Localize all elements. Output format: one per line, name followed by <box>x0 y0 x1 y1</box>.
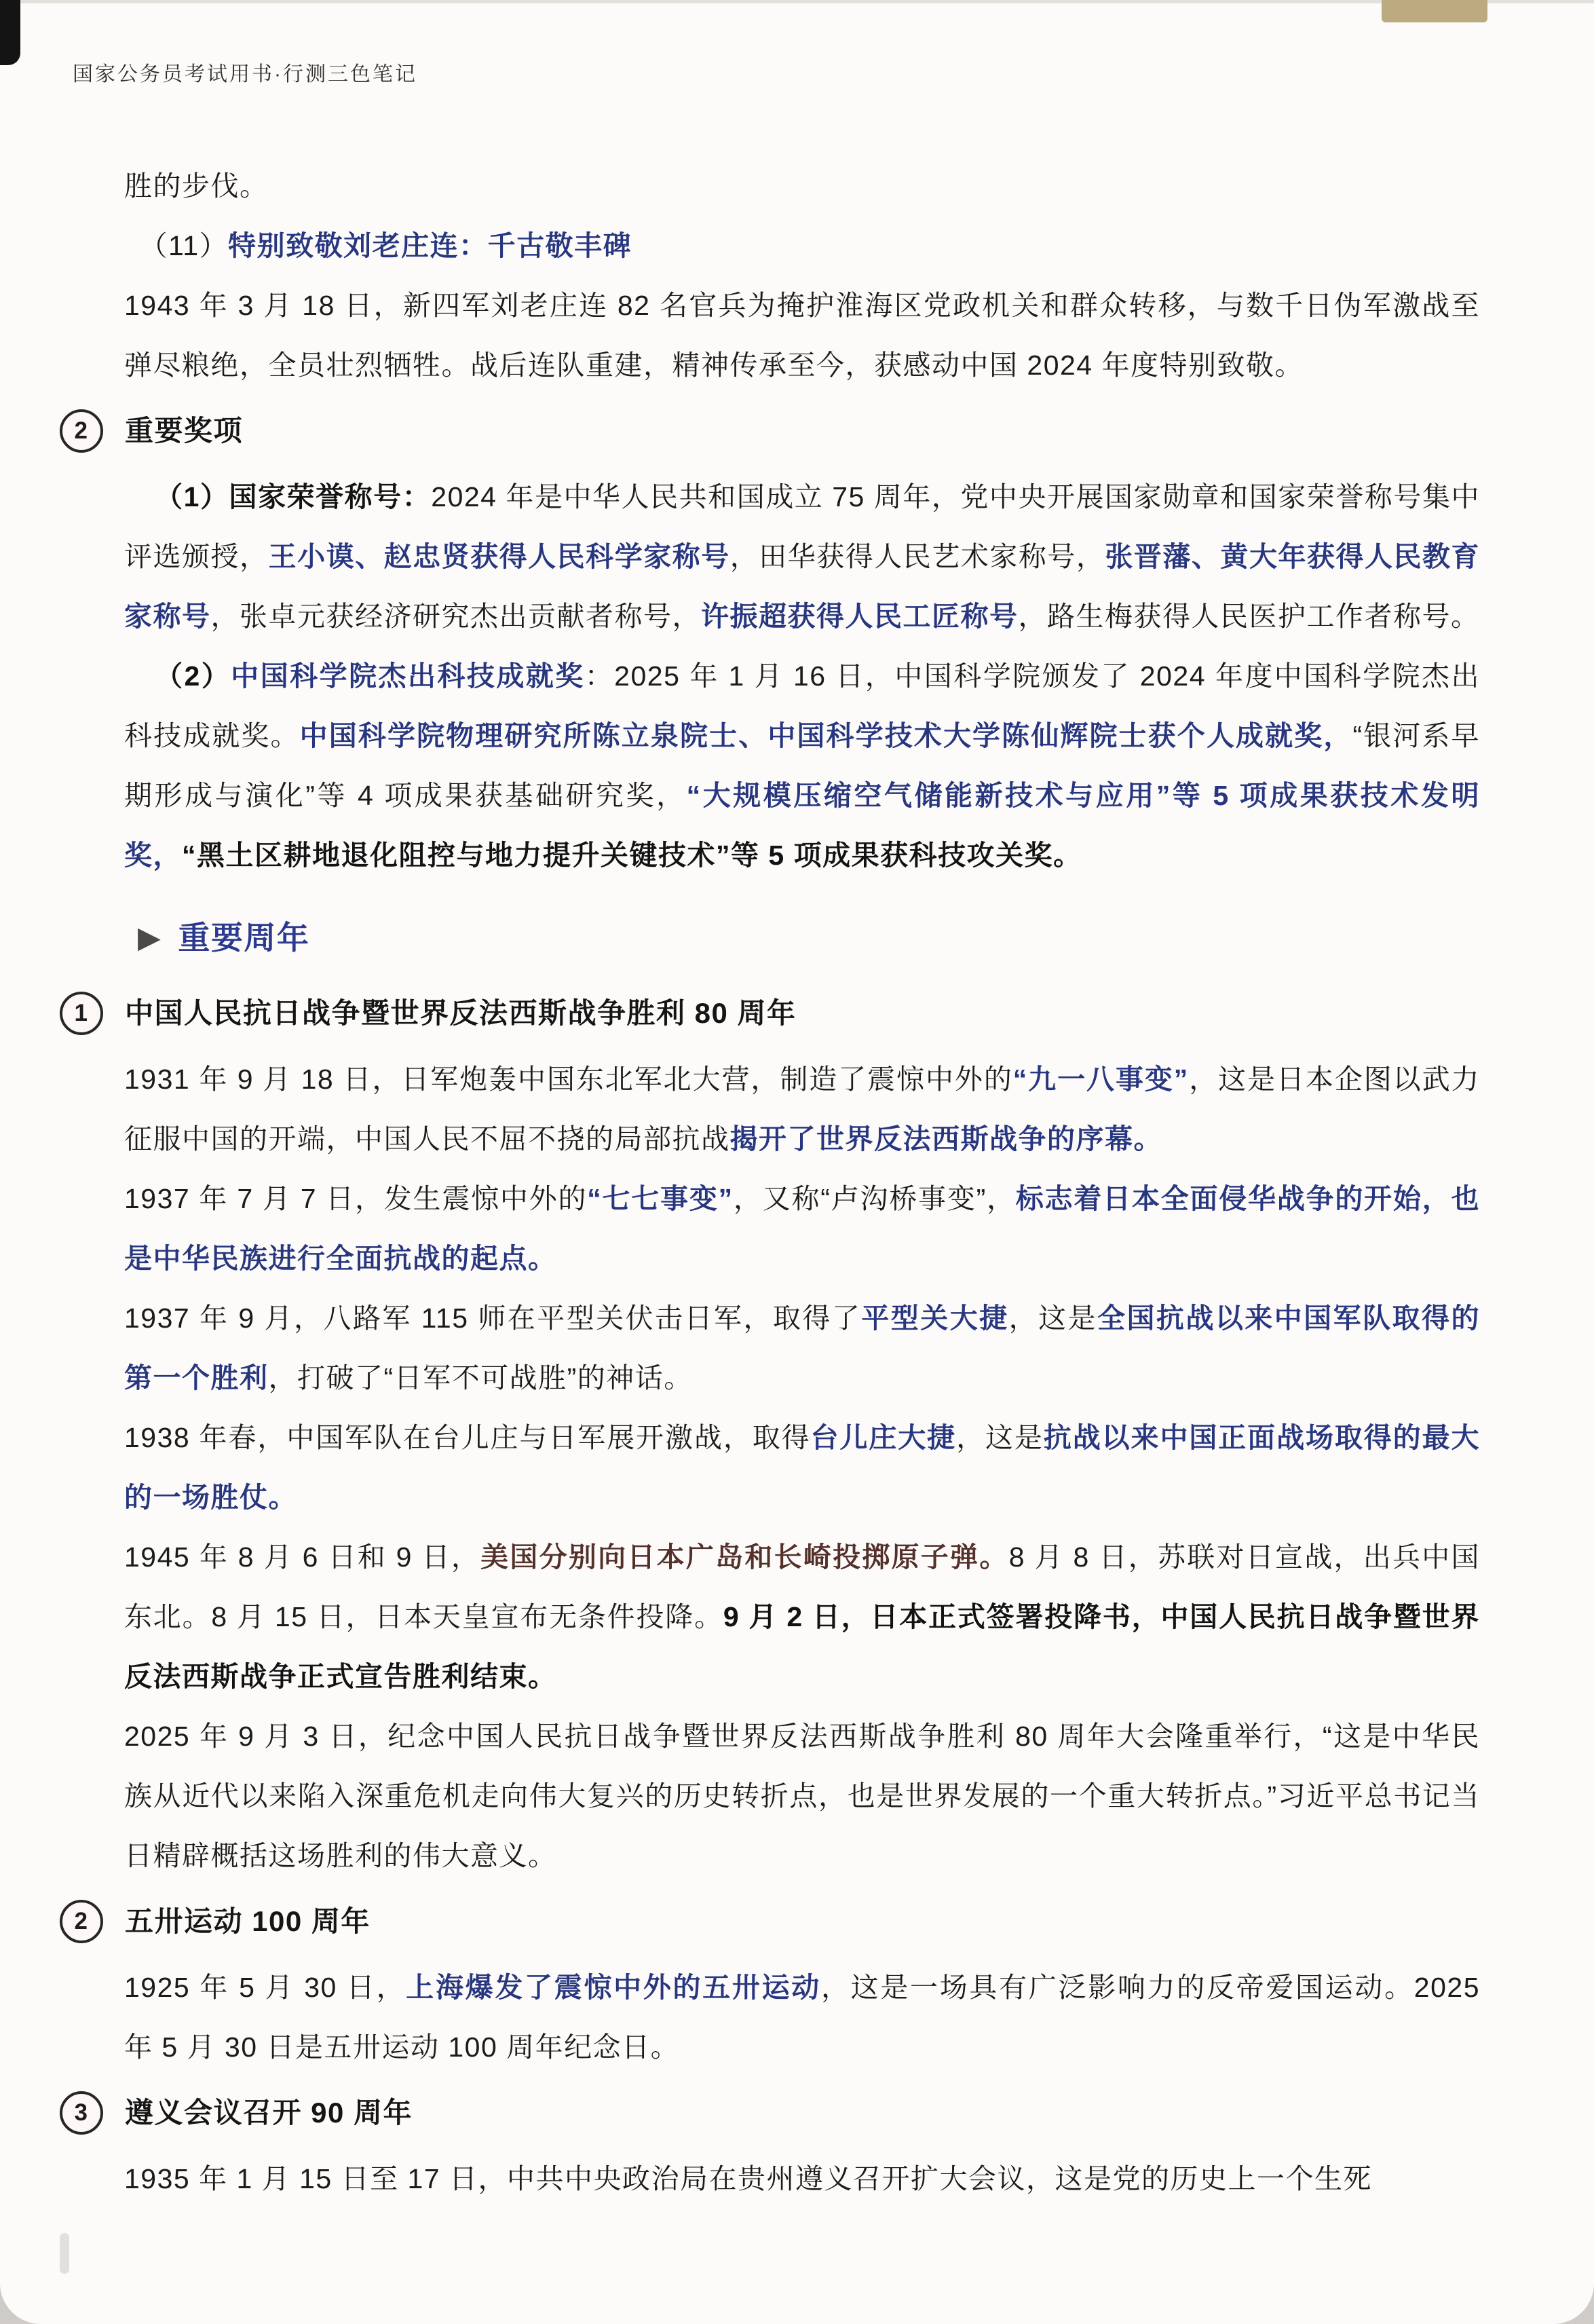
key-point-blue-run: 中国科学院杰出科技成就奖 <box>231 660 584 692</box>
text-run: ，张卓元获经济研究杰出贡献者称号， <box>211 601 702 632</box>
text-run: 胜的步伐。 <box>124 170 269 202</box>
scanned-page-canvas: 国家公务员考试用书·行测三色笔记 胜的步伐。（11）特别致敬刘老庄连：千古敬丰碑… <box>0 0 1594 2324</box>
numbered-section-heading: 3遵义会议召开 90 周年 <box>60 2089 1480 2137</box>
paragraph: 1925 年 5 月 30 日，上海爆发了震惊中外的五卅运动，这是一场具有广泛影… <box>124 1957 1480 2077</box>
paragraph: （1）国家荣誉称号：2024 年是中华人民共和国成立 75 周年，党中央开展国家… <box>124 467 1480 646</box>
paragraph: 1937 年 7 月 7 日，发生震惊中外的“七七事变”，又称“卢沟桥事变”，标… <box>124 1169 1480 1288</box>
section-heading-title: 遵义会议召开 90 周年 <box>125 2089 413 2137</box>
text-run: 1937 年 9 月，八路军 115 师在平型关伏击日军，取得了 <box>124 1302 861 1334</box>
key-point-red-run: 美国分别向日本广岛和长崎投掷原子弹。 <box>480 1541 1009 1573</box>
circled-number-icon: 2 <box>60 1900 103 1943</box>
text-run: ，路生梅获得人民医护工作者称号。 <box>1019 601 1480 632</box>
text-run: 1945 年 8 月 6 日和 9 日， <box>124 1541 480 1573</box>
numbered-section-heading: 2重要奖项 <box>60 407 1480 455</box>
text-run: ，田华获得人民艺术家称号， <box>730 541 1105 572</box>
circled-number-icon: 3 <box>60 2091 103 2135</box>
paragraph: 1937 年 9 月，八路军 115 师在平型关伏击日军，取得了平型关大捷，这是… <box>124 1288 1480 1408</box>
section-heading-title: 中国人民抗日战争暨世界反法西斯战争胜利 80 周年 <box>125 990 797 1037</box>
paragraph: 1943 年 3 月 18 日，新四军刘老庄连 82 名官兵为掩护淮海区党政机关… <box>124 276 1480 395</box>
text-run: 1935 年 1 月 15 日至 17 日，中共中央政治局在贵州遵义召开扩大会议… <box>124 2163 1372 2194</box>
key-point-blue-run: 上海爆发了震惊中外的五卅运动 <box>406 1972 821 2003</box>
key-point-blue-run: “七七事变” <box>587 1183 733 1214</box>
text-run: 1938 年春，中国军队在台儿庄与日军展开激战，取得 <box>124 1422 811 1453</box>
text-run: 1931 年 9 月 18 日，日军炮轰中国东北军北大营，制造了震惊中外的 <box>124 1064 1013 1095</box>
section-heading-title: 重要奖项 <box>125 407 243 455</box>
triangle-bullet-icon: ▶ <box>138 923 162 953</box>
paragraph: 2025 年 9 月 3 日，纪念中国人民抗日战争暨世界反法西斯战争胜利 80 … <box>124 1706 1480 1886</box>
paragraph: 1945 年 8 月 6 日和 9 日，美国分别向日本广岛和长崎投掷原子弹。8 … <box>124 1527 1480 1706</box>
document-page: 国家公务员考试用书·行测三色笔记 胜的步伐。（11）特别致敬刘老庄连：千古敬丰碑… <box>0 0 1594 2324</box>
bold-text-run: （2） <box>155 660 231 692</box>
paragraph: 胜的步伐。 <box>124 156 1480 216</box>
arrow-section-heading: ▶重要周年 <box>138 916 1480 960</box>
circled-number-icon: 2 <box>60 409 103 453</box>
key-point-blue-run: 王小谟、赵忠贤获得人民科学家称号 <box>269 541 730 572</box>
paragraph: （2）中国科学院杰出科技成就奖：2025 年 1 月 16 日，中国科学院颁发了… <box>124 646 1480 885</box>
paragraph: 1931 年 9 月 18 日，日军炮轰中国东北军北大营，制造了震惊中外的“九一… <box>124 1049 1480 1169</box>
numbered-section-heading: 1中国人民抗日战争暨世界反法西斯战争胜利 80 周年 <box>60 990 1480 1037</box>
text-run: ，这是 <box>1009 1302 1097 1334</box>
text-run: ，打破了“日军不可战胜”的神话。 <box>269 1362 693 1393</box>
paragraph: 1935 年 1 月 15 日至 17 日，中共中央政治局在贵州遵义召开扩大会议… <box>124 2149 1480 2209</box>
text-run: 1925 年 5 月 30 日， <box>124 1972 406 2003</box>
document-content: 胜的步伐。（11）特别致敬刘老庄连：千古敬丰碑1943 年 3 月 18 日，新… <box>0 0 1594 2276</box>
key-point-blue-run: 中国科学院物理研究所陈立泉院士、中国科学技术大学陈仙辉院士获个人成就奖， <box>300 720 1353 751</box>
circled-number-icon: 1 <box>60 992 103 1035</box>
text-run: ，又称“卢沟桥事变”， <box>734 1183 1016 1214</box>
text-run: ，这是 <box>956 1422 1044 1453</box>
numbered-section-heading: 2五卅运动 100 周年 <box>60 1898 1480 1945</box>
text-run: （11） <box>140 230 229 261</box>
key-point-blue-run: “九一八事变” <box>1013 1064 1189 1095</box>
paragraph: （11）特别致敬刘老庄连：千古敬丰碑 <box>124 216 1480 276</box>
key-point-blue-run: 许振超获得人民工匠称号 <box>701 601 1019 632</box>
text-run: 1937 年 7 月 7 日，发生震惊中外的 <box>124 1183 587 1214</box>
text-run: 1943 年 3 月 18 日，新四军刘老庄连 82 名官兵为掩护淮海区党政机关… <box>124 290 1480 381</box>
text-run: 2025 年 9 月 3 日，纪念中国人民抗日战争暨世界反法西斯战争胜利 80 … <box>124 1721 1480 1871</box>
bold-text-run: “黑土区耕地退化阻控与地力提升关键技术”等 5 项成果获科技攻关奖。 <box>182 840 1082 871</box>
arrow-heading-title: 重要周年 <box>178 916 309 960</box>
key-point-blue-run: 揭开了世界反法西斯战争的序幕。 <box>730 1123 1163 1155</box>
key-point-blue-run: 台儿庄大捷 <box>811 1422 957 1453</box>
key-point-blue-run: 特别致敬刘老庄连：千古敬丰碑 <box>228 230 632 261</box>
bold-text-run: （1）国家荣誉称号： <box>155 481 431 512</box>
key-point-blue-run: 平型关大捷 <box>861 1302 1008 1334</box>
paragraph: 1938 年春，中国军队在台儿庄与日军展开激战，取得台儿庄大捷，这是抗战以来中国… <box>124 1408 1480 1527</box>
section-heading-title: 五卅运动 100 周年 <box>125 1898 371 1945</box>
